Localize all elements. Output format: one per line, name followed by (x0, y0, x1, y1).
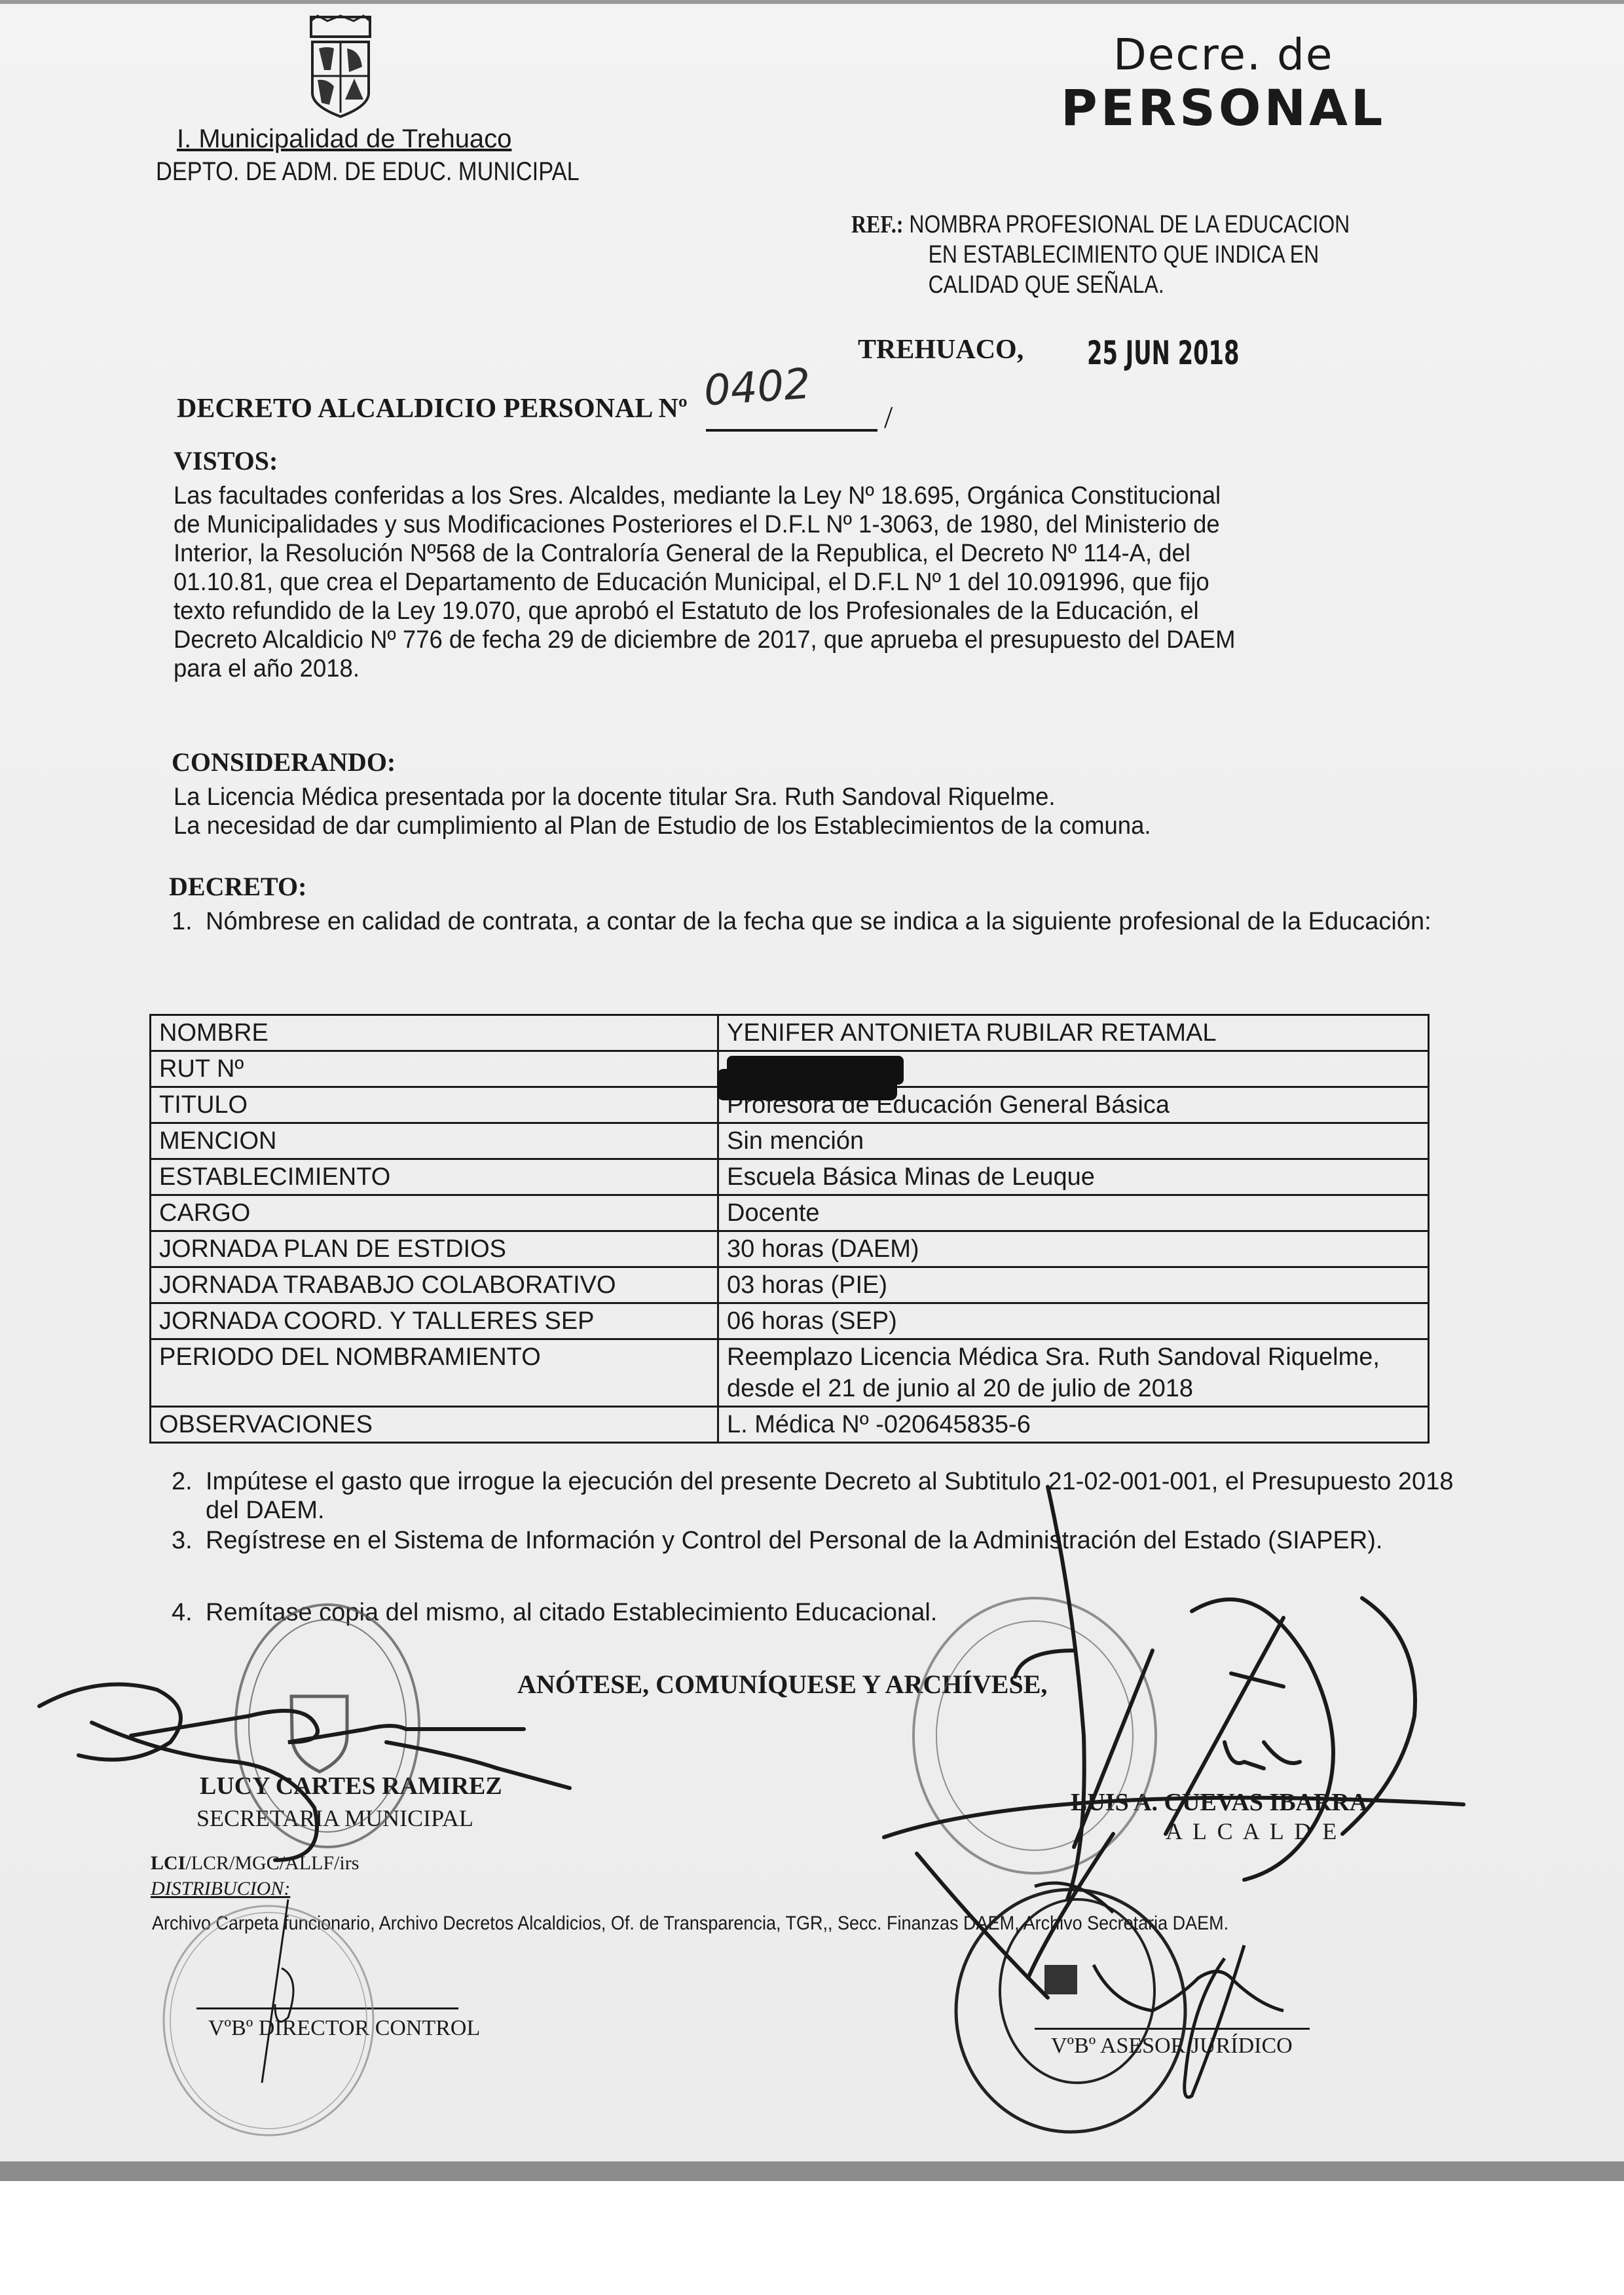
row-value: L. Médica Nº -020645835-6 (718, 1407, 1429, 1443)
mayor-name: LUIS A. CUEVAS IBARRA (1071, 1788, 1367, 1817)
row-value: Reemplazo Licencia Médica Sra. Ruth Sand… (718, 1339, 1429, 1407)
decreto-heading: DECRETO: (169, 871, 306, 902)
ref-label: REF.: (851, 211, 904, 238)
decree-type-stamp-line1: Decre. de (1113, 29, 1333, 80)
row-value: YENIFER ANTONIETA RUBILAR RETAMAL (718, 1015, 1429, 1051)
ref-line-1: NOMBRA PROFESIONAL DE LA EDUCACION (909, 211, 1350, 238)
row-label: OBSERVACIONES (151, 1407, 718, 1443)
initials-bold: LCI (151, 1852, 185, 1874)
table-row: MENCIONSin mención (151, 1123, 1429, 1159)
item-text: Nómbrese en calidad de contrata, a conta… (172, 907, 1468, 936)
row-label: TITULO (151, 1087, 718, 1123)
vb-director-control: VºBº DIRECTOR CONTROL (208, 2016, 480, 2041)
table-row: JORNADA COORD. Y TALLERES SEP06 horas (S… (151, 1303, 1429, 1339)
item-number: 4. (172, 1598, 193, 1627)
decree-item-4: 4. Remítase copia del mismo, al citado E… (172, 1598, 1468, 1627)
row-label: CARGO (151, 1195, 718, 1231)
row-label: ESTABLECIMIENTO (151, 1159, 718, 1195)
decree-number-underline (706, 429, 877, 432)
row-label: RUT Nº (151, 1051, 718, 1087)
row-value: 30 horas (DAEM) (718, 1231, 1429, 1267)
vistos-heading: VISTOS: (174, 445, 278, 476)
item-number: 3. (172, 1526, 193, 1555)
distribution-heading: DISTRIBUCION: (151, 1878, 290, 1900)
row-value: 03 horas (PIE) (718, 1267, 1429, 1303)
scan-edge-bottom (0, 2161, 1624, 2181)
place: TREHUACO, (858, 334, 1024, 365)
municipality-name: I. Municipalidad de Trehuaco (177, 124, 511, 154)
initials-line: LCI/LCR/MGC/ALLF/irs (151, 1852, 359, 1875)
table-row: RUT Nº (151, 1051, 1429, 1087)
secretary-name: LUCY CARTES RAMIREZ (200, 1772, 502, 1801)
row-value (718, 1051, 1429, 1087)
vistos-line: 01.10.81, que crea el Departamento de Ed… (174, 568, 1406, 597)
decree-item-2: 2. Impútese el gasto que irrogue la ejec… (172, 1467, 1468, 1525)
row-label: MENCION (151, 1123, 718, 1159)
row-value: Escuela Básica Minas de Leuque (718, 1159, 1429, 1195)
decree-type-stamp-line2: PERSONAL (1061, 79, 1386, 137)
decree-item-3: 3. Regístrese en el Sistema de Informaci… (172, 1526, 1468, 1555)
item-text: Remítase copia del mismo, al citado Esta… (172, 1598, 1468, 1627)
item-number: 1. (172, 907, 193, 936)
decree-number-slash: / (884, 400, 893, 436)
item-text: Regístrese en el Sistema de Información … (172, 1526, 1468, 1555)
vistos-line: para el año 2018. (174, 654, 1406, 683)
distribution-list: Archivo Carpeta funcionario, Archivo Dec… (152, 1912, 1228, 1935)
mayor-title: A L C A L D E (1166, 1818, 1339, 1845)
table-row: CARGODocente (151, 1195, 1429, 1231)
table-row: TITULOProfesora de Educación General Bás… (151, 1087, 1429, 1123)
control-signature-line (196, 2007, 458, 2009)
closing-formula: ANÓTESE, COMUNÍQUESE Y ARCHÍVESE, (517, 1669, 1047, 1700)
table-row: JORNADA PLAN DE ESTDIOS30 horas (DAEM) (151, 1231, 1429, 1267)
department-name: DEPTO. DE ADM. DE EDUC. MUNICIPAL (156, 157, 580, 187)
row-value: Profesora de Educación General Básica (718, 1087, 1429, 1123)
vistos-line: de Municipalidades y sus Modificaciones … (174, 510, 1406, 539)
row-label: PERIODO DEL NOMBRAMIENTO (151, 1339, 718, 1407)
ref-line-2: EN ESTABLECIMIENTO QUE INDICA EN (851, 240, 1350, 270)
decree-item-1: 1. Nómbrese en calidad de contrata, a co… (172, 907, 1468, 936)
row-label: NOMBRE (151, 1015, 718, 1051)
considerando-paragraph: La Licencia Médica presentada por la doc… (174, 783, 1457, 840)
table-row: PERIODO DEL NOMBRAMIENTOReemplazo Licenc… (151, 1339, 1429, 1407)
date-stamp: 25 JUN 2018 (1087, 334, 1240, 372)
vistos-line: Interior, la Resolución Nº568 de la Cont… (174, 539, 1406, 568)
row-value: Docente (718, 1195, 1429, 1231)
decree-number-handwritten: 0402 (703, 360, 813, 415)
considerando-line: La necesidad de dar cumplimiento al Plan… (174, 812, 1406, 840)
coat-of-arms-icon (298, 14, 383, 119)
table-row: OBSERVACIONESL. Médica Nº -020645835-6 (151, 1407, 1429, 1443)
row-label: JORNADA PLAN DE ESTDIOS (151, 1231, 718, 1267)
vb-asesor-juridico: VºBº ASESOR JURÍDICO (1051, 2034, 1293, 2059)
row-label: JORNADA TRABABJO COLABORATIVO (151, 1267, 718, 1303)
row-label: JORNADA COORD. Y TALLERES SEP (151, 1303, 718, 1339)
appointment-table: NOMBREYENIFER ANTONIETA RUBILAR RETAMALR… (149, 1014, 1430, 1444)
decree-number-label: DECRETO ALCALDICIO PERSONAL Nº (177, 393, 688, 424)
reference-block: REF.: NOMBRA PROFESIONAL DE LA EDUCACION… (851, 210, 1350, 300)
table-row: NOMBREYENIFER ANTONIETA RUBILAR RETAMAL (151, 1015, 1429, 1051)
initials-rest: /LCR/MGC/ALLF/irs (185, 1852, 359, 1874)
table-row: ESTABLECIMIENTOEscuela Básica Minas de L… (151, 1159, 1429, 1195)
vistos-line: texto refundido de la Ley 19.070, que ap… (174, 597, 1406, 625)
vistos-paragraph: Las facultades conferidas a los Sres. Al… (174, 481, 1457, 683)
table-row: JORNADA TRABABJO COLABORATIVO03 horas (P… (151, 1267, 1429, 1303)
considerando-line: La Licencia Médica presentada por la doc… (174, 783, 1406, 812)
vistos-line: Las facultades conferidas a los Sres. Al… (174, 481, 1406, 510)
item-text: Impútese el gasto que irrogue la ejecuci… (172, 1467, 1468, 1525)
row-value: 06 horas (SEP) (718, 1303, 1429, 1339)
juridico-signature-line (1035, 2028, 1310, 2030)
considerando-heading: CONSIDERANDO: (172, 747, 396, 777)
redacted-value (727, 1056, 904, 1085)
secretary-title: SECRETARIA MUNICIPAL (196, 1804, 473, 1832)
row-value: Sin mención (718, 1123, 1429, 1159)
vistos-line: Decreto Alcaldicio Nº 776 de fecha 29 de… (174, 625, 1406, 654)
scan-edge-top (0, 0, 1624, 4)
item-number: 2. (172, 1467, 193, 1496)
ref-line-3: CALIDAD QUE SEÑALA. (851, 270, 1350, 300)
